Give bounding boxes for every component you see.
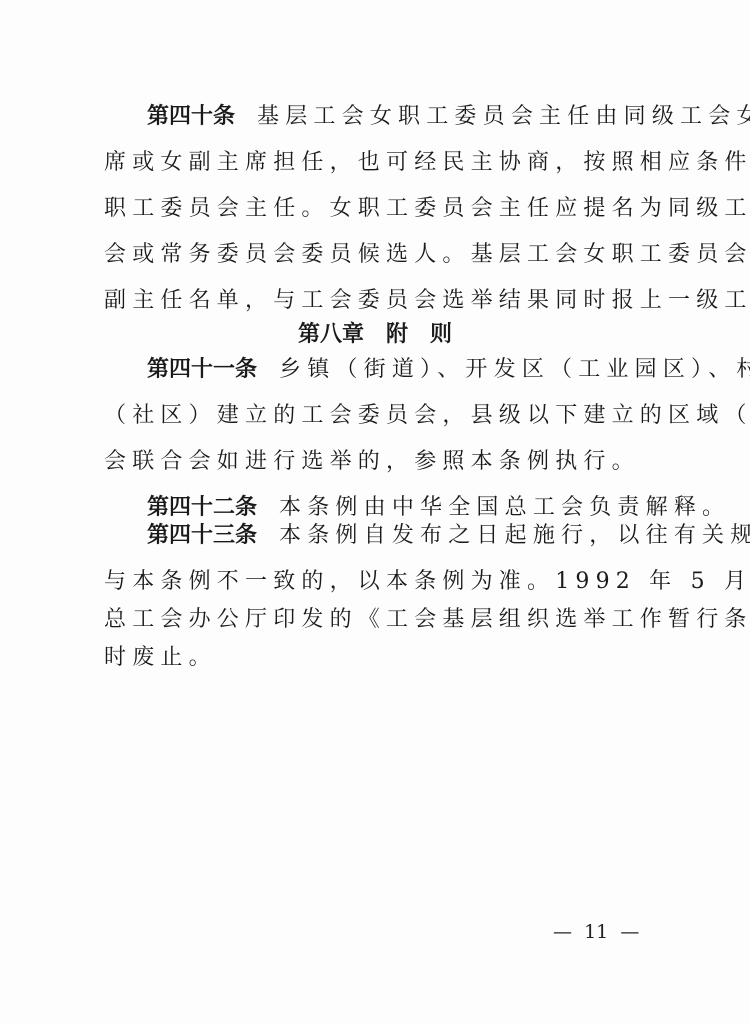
article-40-text-line-3: 职工委员会主任。女职工委员会主任应提名为同级工会委员 (104, 191, 649, 227)
document-page: 第四十条基层工会女职工委员会主任由同级工会女主 席或女副主席担任，也可经民主协商… (0, 0, 750, 1024)
article-40-text-line-2: 席或女副主席担任，也可经民主协商，按照相应条件配备女 (104, 145, 649, 181)
article-41-text-line-2: （社区）建立的工会委员会，县级以下建立的区域（行业）工 (104, 398, 649, 434)
article-41-text-line-1: 乡镇（街道）、开发区（工业园区）、村 (279, 357, 750, 382)
article-43-text-line-1: 本条例自发布之日起施行，以往有关规定 (279, 523, 750, 548)
article-43-number: 第四十三条 (147, 523, 257, 548)
chapter-heading: 第八章 附 则 (0, 317, 750, 353)
article-43-first-line: 第四十三条本条例自发布之日起施行，以往有关规定 (147, 518, 649, 554)
article-41-first-line: 第四十一条乡镇（街道）、开发区（工业园区）、村 (147, 352, 649, 388)
article-40-text-line-5: 副主任名单，与工会委员会选举结果同时报上一级工会批准。 (104, 283, 649, 319)
article-43-text-line-2: 与本条例不一致的，以本条例为准。1992 年 5 月 18 日全国 (104, 564, 649, 600)
page-number: — 11 — (553, 918, 639, 946)
article-41-number: 第四十一条 (147, 357, 257, 382)
article-40-text-line-1: 基层工会女职工委员会主任由同级工会女主 (257, 104, 750, 129)
article-41-text-line-3: 会联合会如进行选举的，参照本条例执行。 (104, 444, 649, 480)
article-40-number: 第四十条 (147, 104, 235, 129)
article-40-text-line-4: 会或常务委员会委员候选人。基层工会女职工委员会主任、 (104, 237, 649, 273)
article-42-text-line-1: 本条例由中华全国总工会负责解释。 (279, 495, 730, 520)
article-43-text-line-4: 时废止。 (104, 640, 649, 676)
article-43-text-line-3: 总工会办公厅印发的《工会基层组织选举工作暂行条例》同 (104, 602, 649, 638)
article-42-number: 第四十二条 (147, 495, 257, 520)
article-40-first-line: 第四十条基层工会女职工委员会主任由同级工会女主 (147, 99, 649, 135)
